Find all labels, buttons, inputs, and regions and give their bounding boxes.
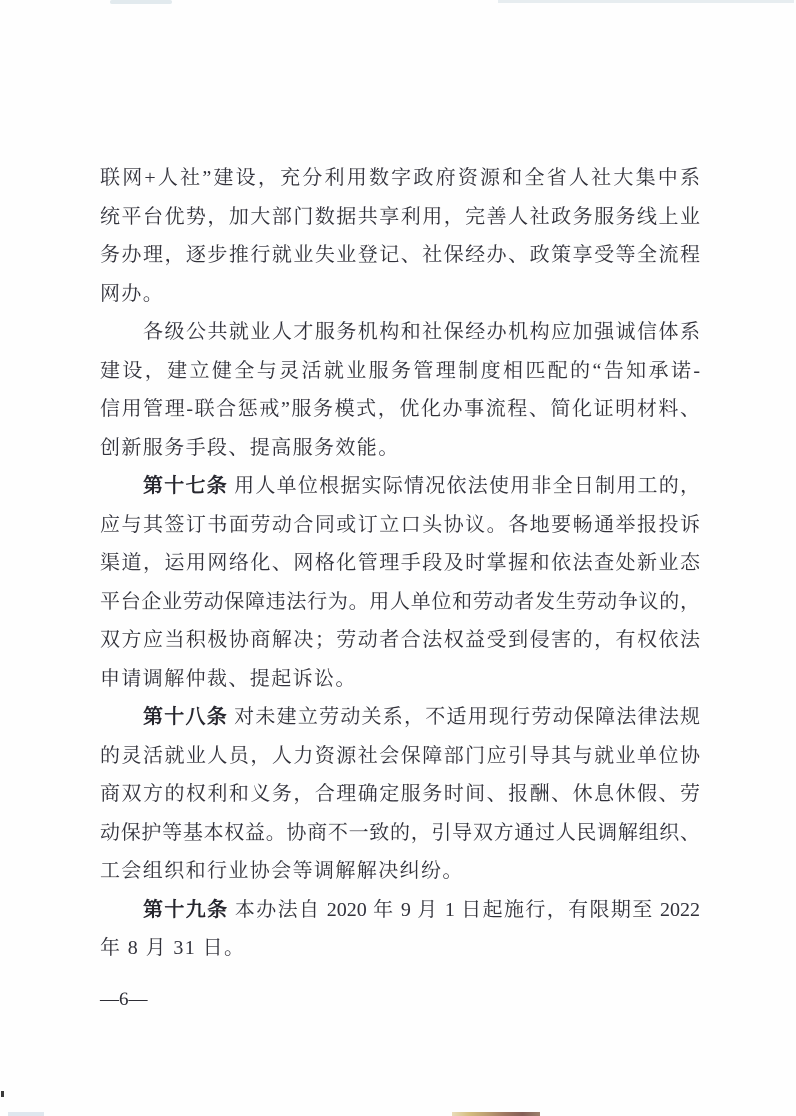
scan-artifact-top-left [110, 0, 172, 4]
line-text: 各级公共就业人才服务机构和社保经办机构应加强诚信体系 [143, 321, 700, 343]
text-line: 年 8 月 31 日。 [100, 929, 700, 968]
line-text: 申请调解仲裁、提起诉讼。 [100, 668, 357, 690]
page-number: —6— [100, 985, 148, 1015]
text-line: 创新服务手段、提高服务效能。 [100, 429, 700, 468]
text-line: 平台企业劳动保障违法行为。用人单位和劳动者发生劳动争议的， [100, 583, 700, 622]
line-text: 双方应当积极协商解决；劳动者合法权益受到侵害的，有权依法 [100, 629, 700, 651]
scan-artifact-bottom-streak [452, 1112, 540, 1116]
text-line: 的灵活就业人员，人力资源社会保障部门应引导其与就业单位协 [100, 737, 700, 776]
line-text: 本办法自 2020 年 9 月 1 日起施行，有限期至 2022 [228, 899, 700, 921]
text-line: 联网+人社”建设，充分利用数字政府资源和全省人社大集中系 [100, 159, 700, 198]
line-text: 用人单位根据实际情况依法使用非全日制用工的， [228, 475, 700, 497]
line-text: 平台企业劳动保障违法行为。用人单位和劳动者发生劳动争议的， [100, 591, 700, 613]
text-line: 渠道，运用网络化、网格化管理手段及时掌握和依法查处新业态 [100, 544, 700, 583]
scan-artifact-left-speck [1, 1091, 4, 1097]
line-text: 网办。 [100, 283, 164, 305]
text-line: 网办。 [100, 275, 700, 314]
line-text: 工会组织和行业协会等调解解决纠纷。 [100, 860, 464, 882]
line-text: 统平台优势，加大部门数据共享利用，完善人社政务服务线上业 [100, 206, 700, 228]
line-text: 对未建立劳动关系，不适用现行劳动保障法律法规 [228, 706, 700, 728]
text-line: 统平台优势，加大部门数据共享利用，完善人社政务服务线上业 [100, 198, 700, 237]
line-text: 商双方的权利和义务，合理确定服务时间、报酬、休息休假、劳 [100, 783, 700, 805]
line-text: 年 8 月 31 日。 [100, 937, 245, 959]
line-text: 联网+人社”建设，充分利用数字政府资源和全省人社大集中系 [100, 167, 700, 189]
text-line: 各级公共就业人才服务机构和社保经办机构应加强诚信体系 [100, 313, 700, 352]
line-text: 创新服务手段、提高服务效能。 [100, 437, 400, 459]
line-text: 应与其签订书面劳动合同或订立口头协议。各地要畅通举报投诉 [100, 514, 700, 536]
line-text: 渠道，运用网络化、网格化管理手段及时掌握和依法查处新业态 [100, 552, 700, 574]
line-text: 务办理，逐步推行就业失业登记、社保经办、政策享受等全流程 [100, 244, 700, 266]
line-text: 建设，建立健全与灵活就业服务管理制度相匹配的“告知承诺- [100, 360, 700, 382]
article-number: 第十七条 [143, 475, 228, 497]
text-line: 双方应当积极协商解决；劳动者合法权益受到侵害的，有权依法 [100, 621, 700, 660]
text-line: 务办理，逐步推行就业失业登记、社保经办、政策享受等全流程 [100, 236, 700, 275]
text-line: 信用管理-联合惩戒”服务模式，优化办事流程、简化证明材料、 [100, 390, 700, 429]
text-line: 商双方的权利和义务，合理确定服务时间、报酬、休息休假、劳 [100, 775, 700, 814]
document-body: 联网+人社”建设，充分利用数字政府资源和全省人社大集中系 统平台优势，加大部门数… [100, 159, 700, 968]
text-line: 建设，建立健全与灵活就业服务管理制度相匹配的“告知承诺- [100, 352, 700, 391]
scan-artifact-top-right [498, 0, 794, 3]
line-text: 动保护等基本权益。协商不一致的，引导双方通过人民调解组织、 [100, 822, 700, 844]
text-line: 第十九条 本办法自 2020 年 9 月 1 日起施行，有限期至 2022 [100, 891, 700, 930]
line-text: 的灵活就业人员，人力资源社会保障部门应引导其与就业单位协 [100, 745, 700, 767]
article-number: 第十九条 [143, 899, 228, 921]
scan-artifact-bottom-left [8, 1112, 44, 1116]
text-line: 应与其签订书面劳动合同或订立口头协议。各地要畅通举报投诉 [100, 506, 700, 545]
text-line: 申请调解仲裁、提起诉讼。 [100, 660, 700, 699]
scanned-document-page: 联网+人社”建设，充分利用数字政府资源和全省人社大集中系 统平台优势，加大部门数… [0, 0, 796, 1116]
line-text: 信用管理-联合惩戒”服务模式，优化办事流程、简化证明材料、 [100, 398, 700, 420]
text-line: 工会组织和行业协会等调解解决纠纷。 [100, 852, 700, 891]
text-line: 第十八条 对未建立劳动关系，不适用现行劳动保障法律法规 [100, 698, 700, 737]
article-number: 第十八条 [143, 706, 228, 728]
text-line: 动保护等基本权益。协商不一致的，引导双方通过人民调解组织、 [100, 814, 700, 853]
text-line: 第十七条 用人单位根据实际情况依法使用非全日制用工的， [100, 467, 700, 506]
